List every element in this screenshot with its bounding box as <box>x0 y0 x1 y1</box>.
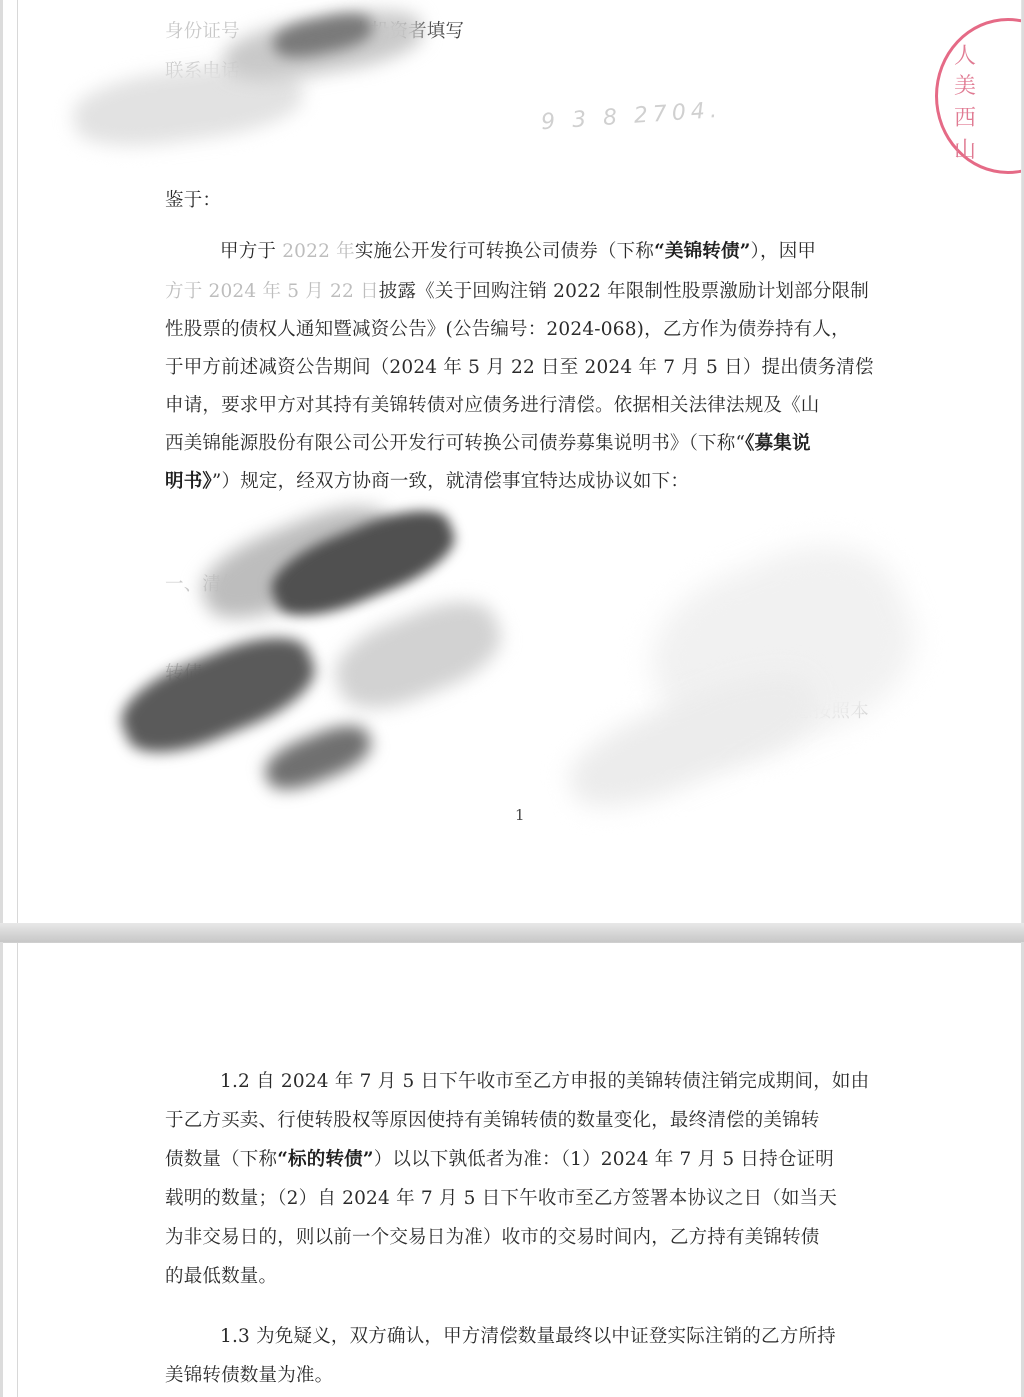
recital-line-6: 西美锦能源股份有限公司公开发行可转换公司债券募集说明书》（下称“《募集说 <box>165 432 875 456</box>
document-page-1: 身份证号 人投资者填写 联系电话 联系 9 3 8 2704. 人 美 西 山 … <box>3 0 1022 923</box>
page-separator <box>0 923 1024 942</box>
clause-1-2-line-5: 为非交易日的，则以前一个交易日为准）收市的交易时间内，乙方持有美锦转债 <box>165 1226 875 1250</box>
clause-1-2-line-2: 于乙方买卖、行使转股权等原因使持有美锦转债的数量变化，最终清偿的美锦转 <box>165 1109 875 1133</box>
recital-line-7: 明书》”）规定，经双方协商一致，就清偿事宜特达成协议如下： <box>165 470 875 494</box>
document-page-2: 1.2 自 2024 年 7 月 5 日下午收市至乙方申报的美锦转债注销完成期间… <box>3 942 1021 1397</box>
clause-1-2-line-4: 载明的数量；（2）自 2024 年 7 月 5 日下午收市至乙方签署本协议之日（… <box>165 1187 875 1211</box>
page-number: 1 <box>515 806 525 824</box>
clause-1-2-line-3: 债数量（下称“标的转债”）以以下孰低者为准：（1）2024 年 7 月 5 日持… <box>165 1148 875 1172</box>
recital-line-3: 性股票的债权人通知暨减资公告》(公告编号：2024-068)，乙方作为债券持有人… <box>165 318 875 342</box>
page-edge-line <box>17 943 18 1397</box>
company-seal: 人 美 西 山 <box>935 18 1022 174</box>
redaction-smudge <box>324 586 512 724</box>
recital-line-2: 方于 2024 年 5 月 22 日披露《关于回购注销 2022 年限制性股票激… <box>165 280 875 304</box>
recital-line-4: 于甲方前述减资公告期间（2024 年 5 月 22 日至 2024 年 7 月 … <box>165 356 875 380</box>
clause-1-2-line-1: 1.2 自 2024 年 7 月 5 日下午收市至乙方申报的美锦转债注销完成期间… <box>220 1070 875 1094</box>
redaction-smudge <box>259 716 378 799</box>
recital-line-5: 申请，要求甲方对其持有美锦转债对应债务进行清偿。依据相关法律法规及《山 <box>165 394 875 418</box>
clause-1-2-line-6: 的最低数量。 <box>165 1265 875 1289</box>
clause-1-3-line-2: 美锦转债数量为准。 <box>165 1364 875 1388</box>
clause-1-3-line-1: 1.3 为免疑义，双方确认，甲方清偿数量最终以中证登实际注销的乙方所持 <box>220 1325 875 1349</box>
recital-heading: 鉴于： <box>165 189 875 213</box>
page-edge-line <box>17 0 18 923</box>
recital-line-1: 甲方于 2022 年实施公开发行可转换公司债券（下称“美锦转债”），因甲 <box>220 240 875 264</box>
